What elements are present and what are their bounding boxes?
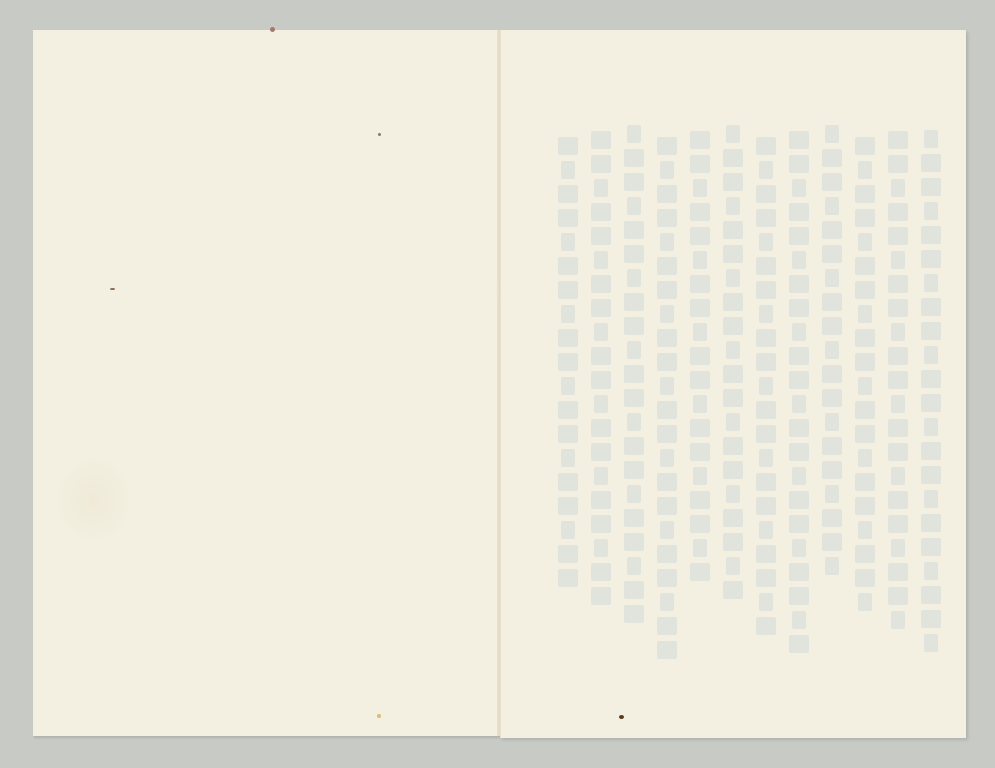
bleed-through-column — [888, 131, 910, 629]
stain — [378, 133, 381, 136]
bleed-through-column — [558, 137, 580, 587]
bleed-through-column — [855, 137, 877, 611]
bleed-through-column — [690, 131, 712, 581]
stain — [270, 27, 275, 32]
bleed-through-column — [921, 130, 943, 652]
left-page — [33, 30, 500, 736]
bleed-through-column — [591, 131, 613, 605]
stain — [377, 714, 381, 718]
bleed-through-column — [822, 125, 844, 575]
stain — [619, 715, 624, 719]
bleed-through-column — [756, 137, 778, 635]
stain — [110, 288, 115, 290]
right-page — [500, 30, 966, 738]
bleed-through-column — [657, 137, 679, 659]
bleed-through-column — [624, 125, 646, 623]
bleed-through-column — [723, 125, 745, 599]
bleed-through-column — [789, 131, 811, 653]
